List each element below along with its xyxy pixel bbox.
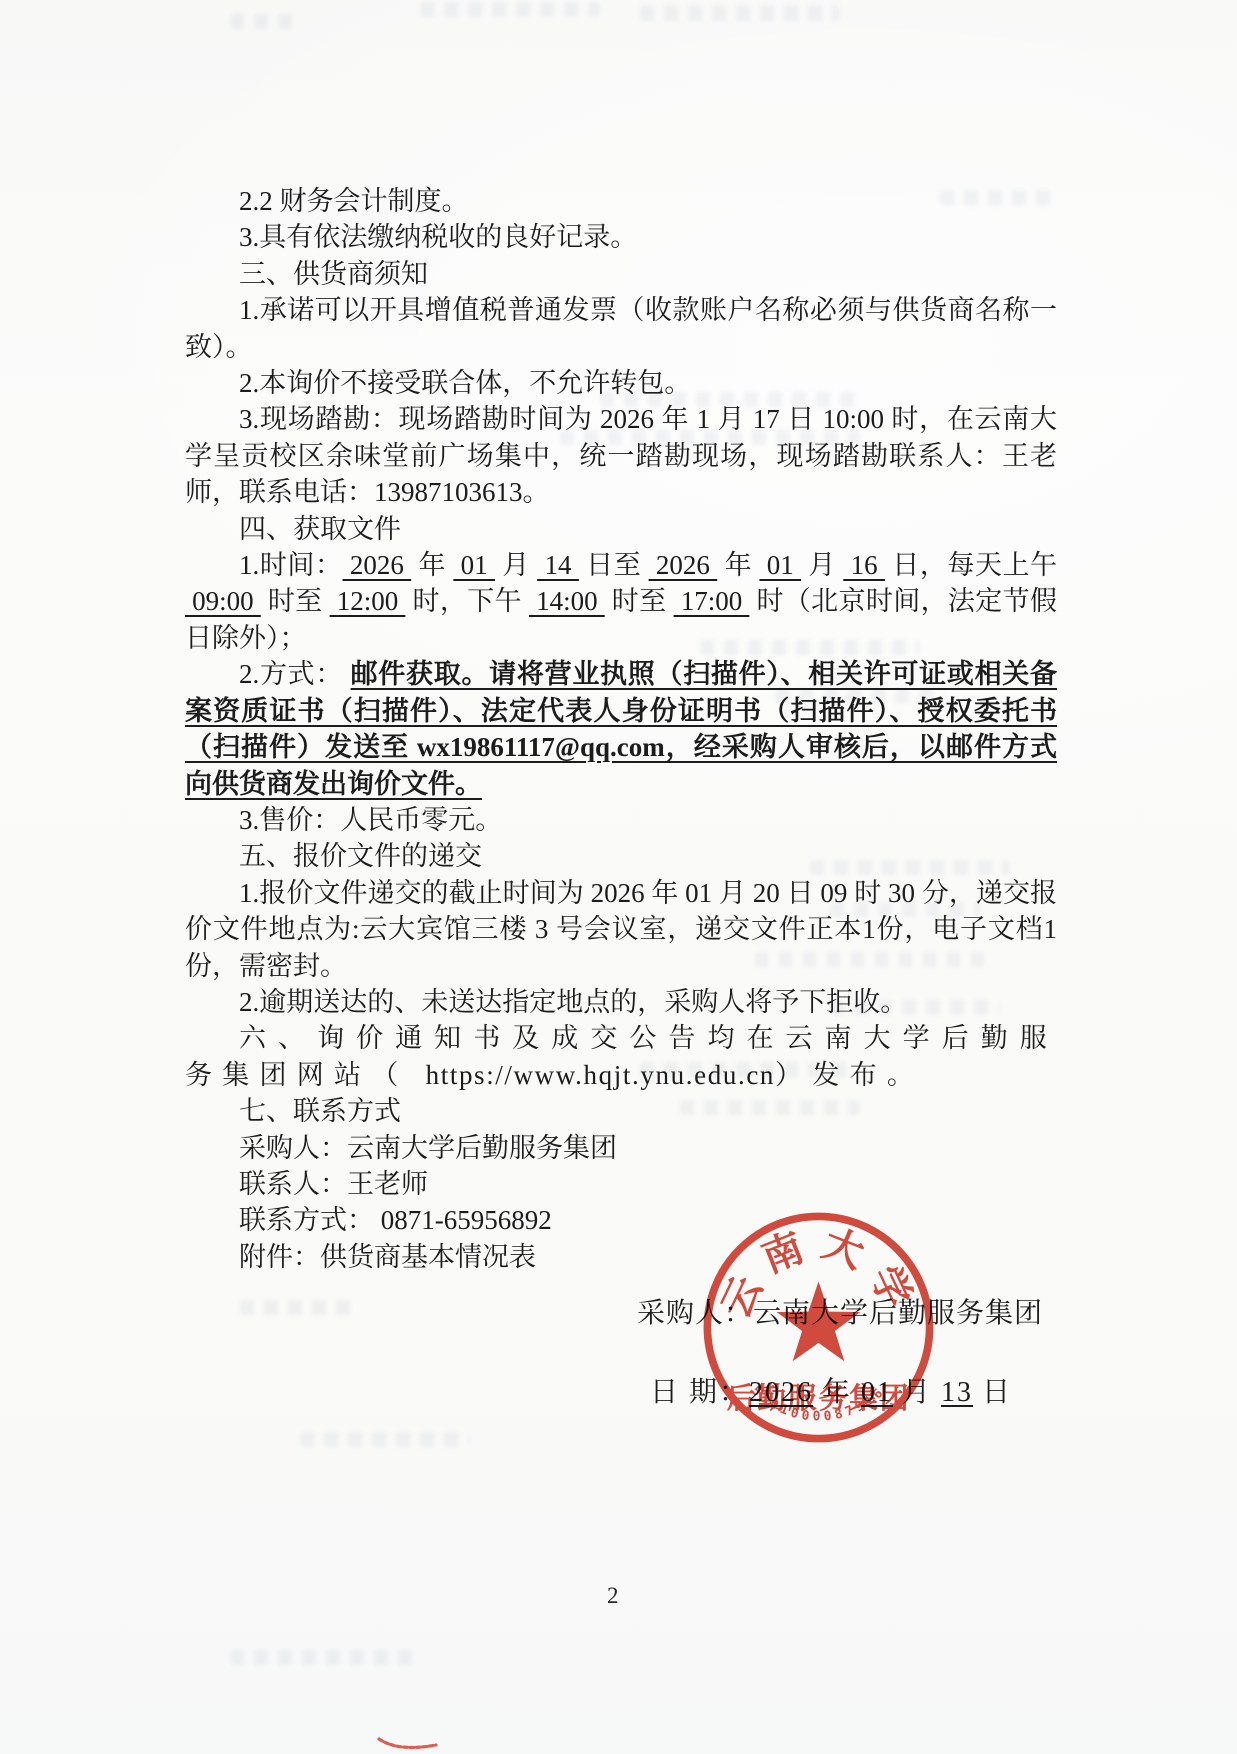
- scan-artifact: [240, 1300, 360, 1315]
- text-run: 日，每天上午: [885, 550, 1057, 580]
- blank-field-morning-open: 09:00: [185, 586, 261, 616]
- scan-artifact: [300, 1432, 470, 1447]
- text-run: 时，下午: [405, 586, 529, 616]
- text-run: 1.时间：: [239, 550, 343, 580]
- paragraph-purchaser: 采购人：云南大学后勤服务集团: [185, 1130, 1057, 1166]
- scanned-document-page: 2.2 财务会计制度。 3.具有依法缴纳税收的良好记录。 三、供货商须知 1.承…: [0, 0, 1237, 1754]
- blank-field-afternoon-close: 17:00: [674, 586, 750, 616]
- paragraph-obtain-time: 1.时间： 2026 年 01 月 14 日至 2026 年 01 月 16 日…: [185, 547, 1057, 656]
- text-run: 年: [717, 550, 759, 580]
- blank-field-day-start: 14: [537, 550, 579, 580]
- text-run: ）发布。: [775, 1060, 924, 1090]
- document-body: 2.2 财务会计制度。 3.具有依法缴纳税收的良好记录。 三、供货商须知 1.承…: [185, 183, 1057, 1275]
- heading-section-three-supplier-notice: 三、供货商须知: [185, 256, 1057, 292]
- official-seal: 云南大学 后勤服务集团 5301000087916: [694, 1203, 943, 1452]
- paragraph-tax-record: 3.具有依法缴纳税收的良好记录。: [185, 219, 1057, 255]
- seal-star-icon: [777, 1282, 861, 1362]
- text-run: 月: [801, 550, 843, 580]
- website-url-text: https://www.hqjt.ynu.edu.cn: [426, 1060, 775, 1090]
- scan-artifact: [230, 14, 300, 29]
- paragraph-announcement-website: 六、询价通知书及成交公告均在云南大学后勤服务集团网站（ https://www.…: [185, 1020, 1057, 1093]
- date-day-value: 13: [941, 1377, 973, 1408]
- heading-section-five-quotation-submission: 五、报价文件的递交: [185, 838, 1057, 874]
- text-run: 时至: [261, 586, 330, 616]
- text-run: 时至: [605, 586, 674, 616]
- blank-field-year-start: 2026: [343, 550, 412, 580]
- text-run: 2.方式：: [239, 659, 351, 689]
- text-run: 日至: [579, 550, 649, 580]
- paragraph-price: 3.售价：人民币零元。: [185, 802, 1057, 838]
- blank-field-month-start: 01: [453, 550, 495, 580]
- scan-artifact: [640, 6, 840, 21]
- scan-artifact: [420, 2, 600, 17]
- paragraph-invoice-commitment: 1.承诺可以开具增值税普通发票（收款账户名称必须与供货商名称一致）。: [185, 292, 1057, 365]
- paragraph-submission-deadline: 1.报价文件递交的截止时间为 2026 年 01 月 20 日 09 时 30 …: [185, 875, 1057, 984]
- heading-section-seven-contact: 七、联系方式: [185, 1093, 1057, 1129]
- paragraph-no-consortium: 2.本询价不接受联合体，不允许转包。: [185, 365, 1057, 401]
- paragraph-site-visit: 3.现场踏勘：现场踏勘时间为 2026 年 1 月 17 日 10:00 时，在…: [185, 401, 1057, 510]
- blank-field-morning-close: 12:00: [330, 586, 406, 616]
- blank-field-month-end: 01: [759, 550, 801, 580]
- paragraph-late-delivery: 2.逾期送达的、未送达指定地点的，采购人将予下拒收。: [185, 984, 1057, 1020]
- blank-field-year-end: 2026: [649, 550, 718, 580]
- paragraph-obtain-method: 2.方式： 邮件获取。请将营业执照（扫描件）、相关许可证或相关备案资质证书（扫描…: [185, 656, 1057, 802]
- paragraph-accounting-system: 2.2 财务会计制度。: [185, 183, 1057, 219]
- text-run: 年: [411, 550, 453, 580]
- page-number: 2: [607, 1583, 619, 1609]
- scan-artifact: [230, 1650, 420, 1665]
- text-run: 月: [495, 550, 537, 580]
- text-run: 日: [973, 1377, 1012, 1408]
- blank-field-afternoon-open: 14:00: [529, 586, 605, 616]
- blank-field-day-end: 16: [843, 550, 885, 580]
- red-ink-mark: [376, 1734, 440, 1754]
- heading-section-four-obtain-documents: 四、获取文件: [185, 511, 1057, 547]
- paragraph-contact-person: 联系人：王老师: [185, 1166, 1057, 1202]
